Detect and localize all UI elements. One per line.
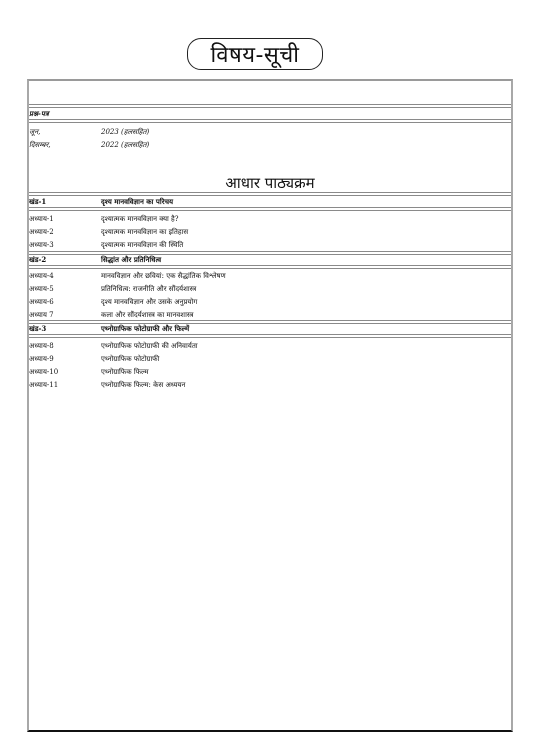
chapter-label: अध्याय-9 bbox=[29, 353, 54, 365]
chapter-title: प्रतिनिधित्व: राजनीति और सौंदर्यशास्त्र bbox=[101, 283, 196, 295]
paper-item[interactable]: जून, 2023 (हलसहित) bbox=[29, 126, 511, 138]
chapter-title: दृश्यात्मक मानवविज्ञान की स्थिति bbox=[101, 239, 183, 251]
chapter-row[interactable]: अध्याय-5 प्रतिनिधित्व: राजनीति और सौंदर्… bbox=[29, 283, 511, 295]
chapter-row[interactable]: अध्याय-10 एथ्नोग्राफिक फिल्म bbox=[29, 366, 511, 378]
chapter-row[interactable]: अध्याय-6 दृश्य मानवविज्ञान और उसके अनुप्… bbox=[29, 296, 511, 308]
chapter-label: अध्याय-2 bbox=[29, 226, 54, 238]
contents-box: प्रश्न-पत्र जून, 2023 (हलसहित) दिसम्बर, … bbox=[27, 79, 513, 732]
divider bbox=[29, 119, 511, 123]
chapter-title: दृश्यात्मक मानवविज्ञान का इतिहास bbox=[101, 226, 188, 238]
chapter-label: अध्याय-1 bbox=[29, 213, 54, 225]
page-title: विषय-सूची bbox=[211, 39, 300, 69]
chapter-label: अध्याय-10 bbox=[29, 366, 58, 378]
chapter-title: एथ्नोग्राफिक फोटोग्राफी की अनिवार्यता bbox=[101, 340, 198, 352]
chapter-title: एथ्नोग्राफिक फोटोग्राफी bbox=[101, 353, 159, 365]
chapter-row[interactable]: अध्याय-4 मानवविज्ञान और छवियां: एक सैद्ध… bbox=[29, 270, 511, 282]
chapter-row[interactable]: अध्याय-9 एथ्नोग्राफिक फोटोग्राफी bbox=[29, 353, 511, 365]
divider bbox=[29, 207, 511, 211]
chapter-row[interactable]: अध्याय-2 दृश्यात्मक मानवविज्ञान का इतिहा… bbox=[29, 226, 511, 238]
chapter-label: अध्याय-8 bbox=[29, 340, 54, 352]
chapter-label: अध्याय-4 bbox=[29, 270, 54, 282]
chapter-title: दृश्यात्मक मानवविज्ञान क्या है? bbox=[101, 213, 179, 225]
chapter-row[interactable]: अध्याय-1 दृश्यात्मक मानवविज्ञान क्या है? bbox=[29, 213, 511, 225]
chapter-label: अध्याय-5 bbox=[29, 283, 54, 295]
chapter-label: अध्याय-3 bbox=[29, 239, 54, 251]
chapter-title: दृश्य मानवविज्ञान और उसके अनुप्रयोग bbox=[101, 296, 197, 308]
chapter-title: मानवविज्ञान और छवियां: एक सैद्धांतिक विश… bbox=[101, 270, 226, 282]
chapter-row[interactable]: अध्याय-3 दृश्यात्मक मानवविज्ञान की स्थित… bbox=[29, 239, 511, 251]
section-heading: आधार पाठ्यक्रम bbox=[29, 173, 511, 193]
chapter-row[interactable]: अध्याय-11 एथ्नोग्राफिक फिल्म: केस अध्ययन bbox=[29, 379, 511, 391]
chapter-title: एथ्नोग्राफिक फिल्म bbox=[101, 366, 149, 378]
page-title-badge: विषय-सूची bbox=[187, 38, 323, 70]
paper-item[interactable]: दिसम्बर, 2022 (हलसहित) bbox=[29, 139, 511, 151]
divider bbox=[29, 265, 511, 269]
paper-year: 2022 (हलसहित) bbox=[101, 139, 149, 151]
paper-month: दिसम्बर, bbox=[29, 139, 51, 151]
chapter-title: एथ्नोग्राफिक फिल्म: केस अध्ययन bbox=[101, 379, 185, 391]
divider bbox=[29, 334, 511, 338]
chapter-label: अध्याय-11 bbox=[29, 379, 58, 391]
paper-month: जून, bbox=[29, 126, 40, 138]
paper-year: 2023 (हलसहित) bbox=[101, 126, 149, 138]
chapter-label: अध्याय-6 bbox=[29, 296, 54, 308]
chapter-row[interactable]: अध्याय-8 एथ्नोग्राफिक फोटोग्राफी की अनिव… bbox=[29, 340, 511, 352]
